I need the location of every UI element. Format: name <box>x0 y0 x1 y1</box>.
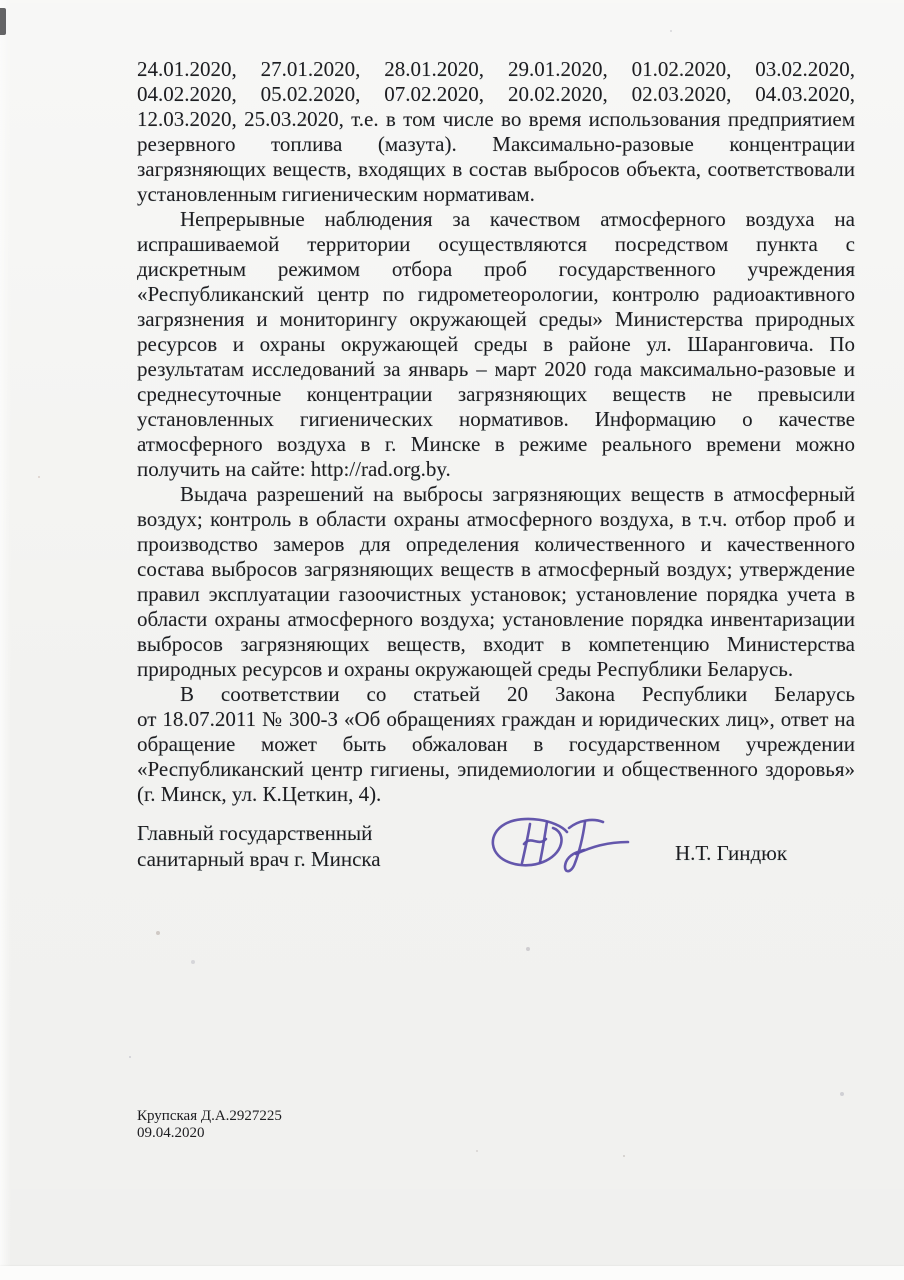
executor-name: Крупская Д.А.2927225 <box>137 1108 282 1125</box>
executor-block: Крупская Д.А.2927225 09.04.2020 <box>137 1108 282 1142</box>
text-line: 04.02.2020, 05.02.2020, 07.02.2020, 20.0… <box>137 82 855 107</box>
text-line: 24.01.2020, 27.01.2020, 28.01.2020, 29.0… <box>137 57 855 82</box>
text-line: правил эксплуатации газоочистных установ… <box>137 582 855 607</box>
text-line: обращение может быть обжалован в государ… <box>137 732 855 757</box>
scan-noise-specks <box>0 0 2 2</box>
text-line: от 18.07.2011 № 300-З «Об обращениях гра… <box>137 707 855 732</box>
text-line: установленных гигиенических нормативов. … <box>137 407 855 432</box>
text-line: испрашиваемой территории осуществляются … <box>137 232 855 257</box>
scan-edge-artifact <box>0 0 11 1280</box>
text-line: установленным гигиеническим нормативам. <box>137 182 855 207</box>
text-line: атмосферного воздуха в г. Минске в режим… <box>137 432 855 457</box>
handwritten-signature-icon <box>475 800 665 885</box>
text-line: воздух; контроль в области охраны атмосф… <box>137 507 855 532</box>
text-line: «Республиканский центр по гидрометеороло… <box>137 282 855 307</box>
text-line: выбросов загрязняющих веществ, входит в … <box>137 632 855 657</box>
text-line: Выдача разрешений на выбросы загрязняющи… <box>137 482 855 507</box>
text-line: получить на сайте: http://rad.org.by. <box>137 457 855 482</box>
paragraph: В соответствии со статьей 20 Закона Респ… <box>137 682 855 807</box>
text-line: «Республиканский центр гигиены, эпидемио… <box>137 757 855 782</box>
text-line: дискретным режимом отбора проб государст… <box>137 257 855 282</box>
text-line: результатам исследований за январь – мар… <box>137 357 855 382</box>
text-line: области охраны атмосферного воздуха; уст… <box>137 607 855 632</box>
text-line: производство замеров для определения кол… <box>137 532 855 557</box>
executor-date: 09.04.2020 <box>137 1125 282 1142</box>
scan-bottom-edge <box>0 1266 904 1280</box>
text-line: ресурсов и охраны окружающей среды в рай… <box>137 332 855 357</box>
text-line: Непрерывные наблюдения за качеством атмо… <box>137 207 855 232</box>
text-line: В соответствии со статьей 20 Закона Респ… <box>137 682 855 707</box>
paragraph: 24.01.2020, 27.01.2020, 28.01.2020, 29.0… <box>137 57 855 207</box>
paragraph: Выдача разрешений на выбросы загрязняющи… <box>137 482 855 682</box>
text-line: загрязнения и мониторингу окружающей сре… <box>137 307 855 332</box>
signatory-name: Н.Т. Гиндюк <box>675 840 787 866</box>
text-line: резервного топлива (мазута). Максимально… <box>137 132 855 157</box>
scanned-document-page: 24.01.2020, 27.01.2020, 28.01.2020, 29.0… <box>0 0 904 1280</box>
paragraph: Непрерывные наблюдения за качеством атмо… <box>137 207 855 482</box>
scan-corner-mark <box>0 8 6 35</box>
text-line: среднесуточные концентрации загрязняющих… <box>137 382 855 407</box>
text-line: загрязняющих веществ, входящих в состав … <box>137 157 855 182</box>
signature-block: Главный государственный санитарный врач … <box>137 820 855 920</box>
text-line: 12.03.2020, 25.03.2020, т.е. в том числе… <box>137 107 855 132</box>
letter-body: 24.01.2020, 27.01.2020, 28.01.2020, 29.0… <box>137 57 855 807</box>
text-line: природных ресурсов и охраны окружающей с… <box>137 657 855 682</box>
text-line: состава выбросов загрязняющих веществ в … <box>137 557 855 582</box>
